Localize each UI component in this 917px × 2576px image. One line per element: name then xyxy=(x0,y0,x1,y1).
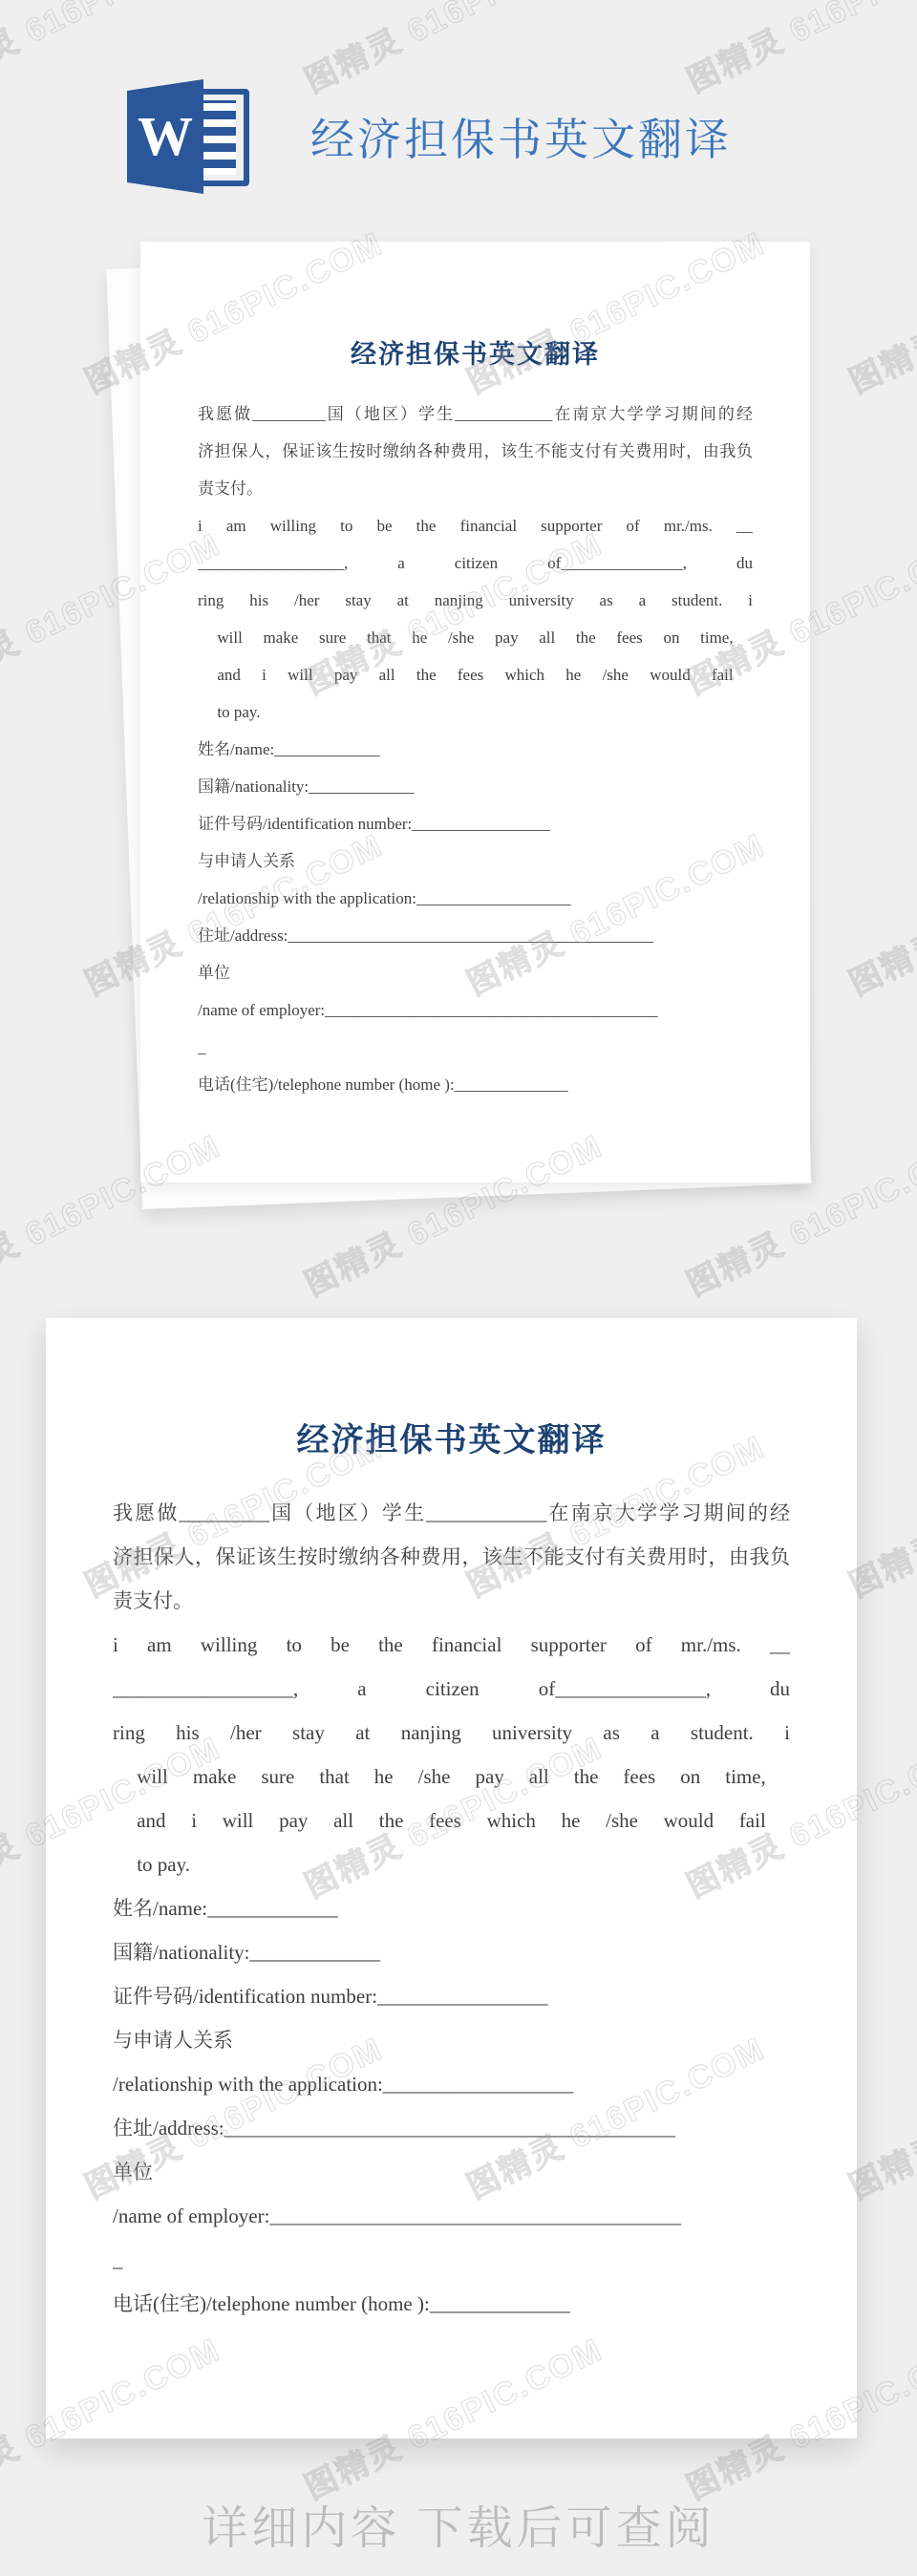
document-content: 经济担保书英文翻译 我愿做_________国（地区）学生___________… xyxy=(46,1318,857,2438)
document-preview-stack[interactable]: 经济担保书英文翻译 我愿做_________国（地区）学生___________… xyxy=(115,237,821,1251)
doc-line: 责支付。 xyxy=(113,1579,790,1623)
word-icon: W xyxy=(127,79,251,194)
document-lines: 我愿做_________国（地区）学生____________在南京大学学习期间… xyxy=(113,1491,790,2326)
word-flag-glyph: W xyxy=(127,79,203,194)
doc-line: /name of employer:______________________… xyxy=(113,2194,790,2238)
doc-line: 国籍/nationality:_____________ xyxy=(198,768,753,805)
document-lines: 我愿做_________国（地区）学生____________在南京大学学习期间… xyxy=(198,395,753,1103)
site-header: W 经济担保书英文翻译 xyxy=(127,79,732,194)
doc-line: 证件号码/identification number:_____________… xyxy=(113,1974,790,2018)
watermark-text: 图精灵 616PIC.COM xyxy=(840,218,917,403)
doc-line: 与申请人关系 xyxy=(113,2018,790,2062)
doc-line: 济担保人，保证该生按时缴纳各种费用，该生不能支付有关费用时，由我负 xyxy=(113,1535,790,1579)
doc-line: ring his /her stay at nanjing university… xyxy=(198,582,753,619)
doc-line: 住址/address:_____________________________… xyxy=(198,917,753,954)
doc-line: __________________, a citizen of________… xyxy=(198,544,753,582)
doc-line: i am willing to be the financial support… xyxy=(198,507,753,544)
doc-line: and i will pay all the fees which he /sh… xyxy=(198,656,753,693)
doc-line: i am willing to be the financial support… xyxy=(113,1623,790,1667)
doc-line: 国籍/nationality:_____________ xyxy=(113,1930,790,1974)
doc-line: 姓名/name:_____________ xyxy=(198,731,753,768)
doc-line: 我愿做_________国（地区）学生____________在南京大学学习期间… xyxy=(113,1491,790,1535)
document-title: 经济担保书英文翻译 xyxy=(113,1414,790,1460)
document-content: 经济担保书英文翻译 我愿做_________国（地区）学生___________… xyxy=(140,242,810,1182)
doc-line: __________________, a citizen of________… xyxy=(113,1667,790,1711)
watermark-text: 图精灵 616PIC.COM xyxy=(840,820,917,1005)
doc-line: 住址/address:_____________________________… xyxy=(113,2106,790,2150)
doc-line: /relationship with the application:_____… xyxy=(113,2062,790,2106)
doc-line: 证件号码/identification number:_____________… xyxy=(198,805,753,842)
doc-line: 单位 xyxy=(198,954,753,991)
doc-line: 电话(住宅)/telephone number (home ):________… xyxy=(113,2282,790,2326)
doc-line: /name of employer:______________________… xyxy=(198,991,753,1029)
doc-line: 姓名/name:_____________ xyxy=(113,1886,790,1930)
doc-line: 我愿做_________国（地区）学生____________在南京大学学习期间… xyxy=(198,395,753,433)
doc-line: ring his /her stay at nanjing university… xyxy=(113,1711,790,1755)
doc-line: will make sure that he /she pay all the … xyxy=(113,1755,790,1799)
word-letter: W xyxy=(138,109,193,164)
doc-line: and i will pay all the fees which he /sh… xyxy=(113,1799,790,1842)
footer-note: 详细内容 下载后可查阅 xyxy=(0,2491,917,2557)
doc-line: to pay. xyxy=(198,693,753,731)
page-background: W 经济担保书英文翻译 经济担保书英文翻译 我愿做_________国（地区）学… xyxy=(0,0,917,2576)
doc-line: 与申请人关系 xyxy=(198,842,753,880)
doc-line: 济担保人，保证该生按时缴纳各种费用，该生不能支付有关费用时，由我负 xyxy=(198,433,753,470)
doc-line: to pay. xyxy=(113,1842,790,1886)
doc-line: _ xyxy=(113,2238,790,2282)
doc-line: will make sure that he /she pay all the … xyxy=(198,619,753,656)
doc-line: _ xyxy=(198,1029,753,1066)
doc-line: 电话(住宅)/telephone number (home ):________… xyxy=(198,1066,753,1103)
doc-line: /relationship with the application:_____… xyxy=(198,880,753,917)
page-title: 经济担保书英文翻译 xyxy=(310,105,732,168)
doc-line: 责支付。 xyxy=(198,470,753,507)
document-title: 经济担保书英文翻译 xyxy=(198,333,753,371)
doc-line: 单位 xyxy=(113,2150,790,2194)
document-front-page: 经济担保书英文翻译 我愿做_________国（地区）学生___________… xyxy=(140,242,810,1182)
document-preview-large[interactable]: 经济担保书英文翻译 我愿做_________国（地区）学生___________… xyxy=(46,1318,857,2438)
